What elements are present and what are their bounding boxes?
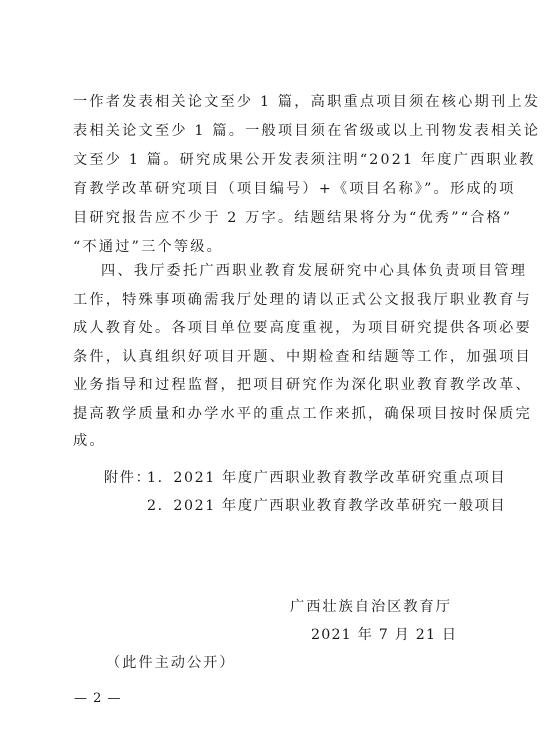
text-line: 表相关论文至少 1 篇。一般项目须在省级或以上刊物发表相关论 bbox=[73, 121, 485, 141]
text-line: 育教学改革研究项目（项目编号）+《项目名称》”。形成的项 bbox=[73, 179, 485, 199]
text-line: 成人教育处。各项目单位要高度重视，为项目研究提供各项必要 bbox=[73, 318, 485, 338]
issue-date: 2021 年 7 月 21 日 bbox=[311, 625, 457, 645]
text-line: 成。 bbox=[73, 431, 485, 451]
attachment-item: 2．2021 年度广西职业教育教学改革研究一般项目 bbox=[147, 496, 506, 516]
text-line: 文至少 1 篇。研究成果公开发表须注明“2021 年度广西职业教 bbox=[73, 150, 485, 170]
attachments-label: 附件： bbox=[104, 468, 151, 488]
page-number: — 2 — bbox=[74, 691, 122, 707]
text-line: 提高教学质量和办学水平的重点工作来抓，确保项目按时保质完 bbox=[73, 404, 485, 424]
attachment-item: 1．2021 年度广西职业教育教学改革研究重点项目 bbox=[147, 468, 506, 488]
text-line: 条件，认真组织好项目开题、中期检查和结题等工作，加强项目 bbox=[73, 347, 485, 367]
text-line: 业务指导和过程监督，把项目研究作为深化职业教育教学改革、 bbox=[73, 375, 485, 395]
text-line: 一作者发表相关论文至少 1 篇，高职重点项目须在核心期刊上发 bbox=[73, 92, 485, 112]
document-page: 一作者发表相关论文至少 1 篇，高职重点项目须在核心期刊上发 表相关论文至少 1… bbox=[0, 0, 556, 739]
text-line: 目研究报告应不少于 2 万字。结题结果将分为“优秀”“合格” bbox=[73, 208, 485, 228]
text-line: “不通过”三个等级。 bbox=[73, 237, 485, 257]
text-line: 四、我厅委托广西职业教育发展研究中心具体负责项目管理 bbox=[101, 261, 485, 281]
disclosure-note: （此件主动公开） bbox=[106, 653, 236, 673]
issuer-name: 广西壮族自治区教育厅 bbox=[290, 597, 452, 617]
text-line: 工作，特殊事项确需我厅处理的请以正式公文报我厅职业教育与 bbox=[73, 290, 485, 310]
